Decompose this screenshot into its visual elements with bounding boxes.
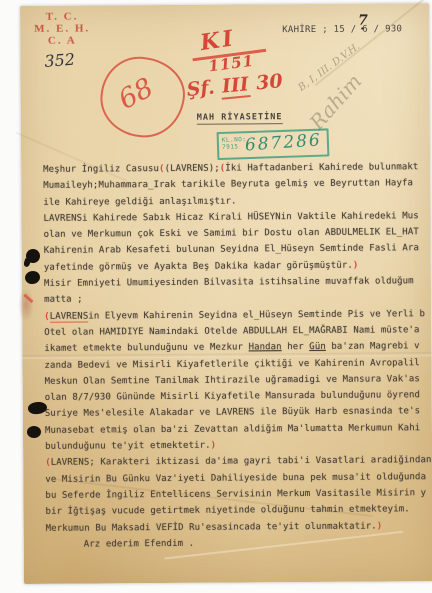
typed-line: Merkumun Bu Maksadi VEFİD Ru'esasincada … (46, 518, 432, 537)
stamp-line: C. A (34, 35, 90, 47)
typed-line: Mumaileyh;Muhammara_Irak tarikile Beyrut… (43, 175, 429, 194)
registry-sublabel-text: 7915 (222, 143, 247, 151)
tc-agency-stamp: T. C. M. E. H. C. A (34, 11, 90, 47)
typed-line: Kahirenin Arab Kesafeti bulunan Seyidna … (44, 241, 430, 260)
handwritten-date-correction: 7 (358, 13, 368, 29)
registry-number: 687286 (244, 130, 322, 155)
punch-hole (27, 426, 41, 438)
typed-date: KAHİRE ; 15 / 6 / 930 7 (282, 24, 402, 35)
punch-hole (26, 249, 40, 263)
flourish-year: 30 (255, 70, 283, 94)
stamp-line: M. E. H. (34, 23, 90, 35)
flourish-initial: Şf. (186, 76, 216, 101)
typed-line: Misir Emniyeti Umumiyesinden Bilvasita i… (44, 273, 430, 292)
typed-line: Arz ederim Efendim . (46, 534, 432, 553)
date-suffix: / 930 (368, 24, 402, 34)
scan-background: { "colors": { "paper": "#e8d2a6", "typed… (0, 0, 432, 593)
scanned-paper: T. C. M. E. H. C. A 352 68 KI 1151 Şf. I… (20, 3, 432, 584)
document-title: MAH RİYASETİNE (197, 112, 283, 125)
typed-line: Munasebat etmiş olan ba'zi Zevattan aldi… (45, 420, 431, 439)
registry-stamp-label: KL.NO: 7915 (222, 136, 247, 151)
stamp-line: T. C. (34, 11, 90, 23)
typed-line: bir İğtişaş vucude getirtmek niyetinde o… (45, 501, 431, 520)
paper-crease (315, 0, 432, 86)
flourish-roman: III (220, 73, 251, 100)
red-note-crossed: KI (199, 25, 238, 56)
typed-body: Meşhur İngiliz Casusu((LAVRENS);(İki Haf… (43, 159, 432, 553)
circled-number-value: 68 (114, 72, 159, 116)
rust-stain (18, 288, 34, 322)
red-note-flourish: Şf. III 30 (186, 70, 284, 101)
circled-number-mark: 68 (97, 53, 188, 141)
date-prefix: KAHİRE ; 15 / (282, 25, 362, 36)
file-number: 352 (44, 50, 76, 71)
registry-stamp: KL.NO: 7915 687286 (217, 128, 330, 160)
